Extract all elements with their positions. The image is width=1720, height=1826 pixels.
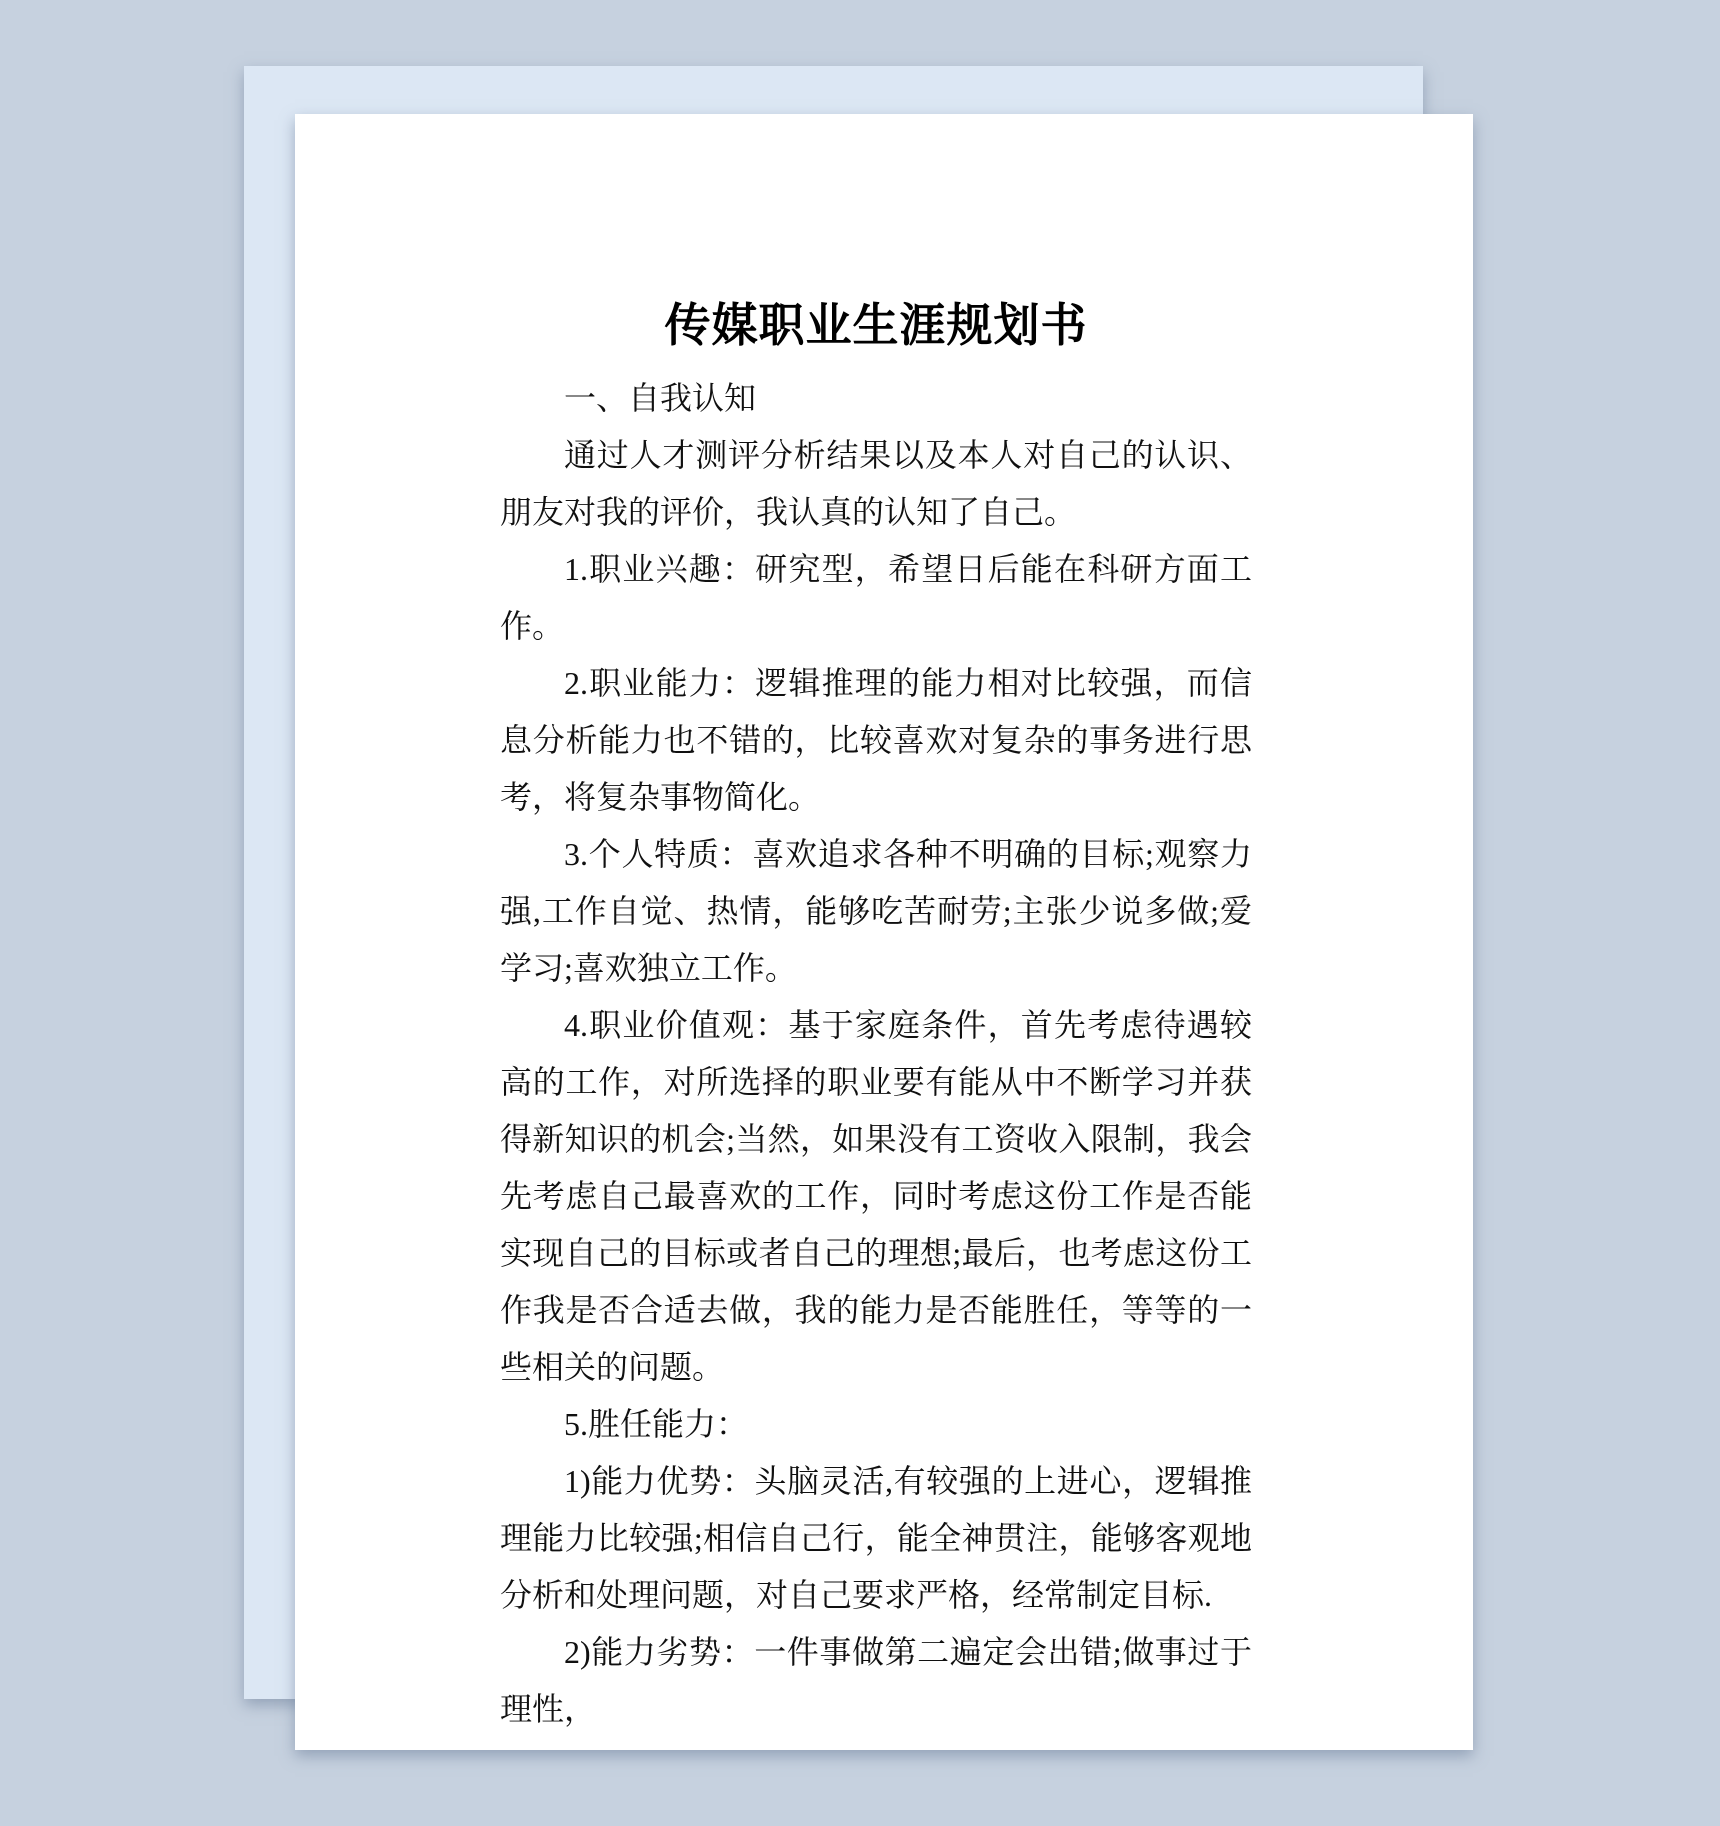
paragraph: 5.胜任能力： <box>500 1396 1252 1453</box>
paragraph: 1.职业兴趣：研究型，希望日后能在科研方面工作。 <box>500 541 1252 655</box>
document-body: 一、自我认知 通过人才测评分析结果以及本人对自己的认识、朋友对我的评价，我认真的… <box>500 370 1252 1738</box>
page-title: 传媒职业生涯规划书 <box>500 290 1252 362</box>
paragraph: 一、自我认知 <box>500 370 1252 427</box>
front-page-sheet: 传媒职业生涯规划书 一、自我认知 通过人才测评分析结果以及本人对自己的认识、朋友… <box>295 114 1473 1750</box>
document-content: 传媒职业生涯规划书 一、自我认知 通过人才测评分析结果以及本人对自己的认识、朋友… <box>295 114 1473 1738</box>
paragraph: 通过人才测评分析结果以及本人对自己的认识、朋友对我的评价，我认真的认知了自己。 <box>500 427 1252 541</box>
document-preview-canvas: { "colors": { "background": "#c6d1df", "… <box>0 0 1720 1826</box>
paragraph: 3.个人特质：喜欢追求各种不明确的目标;观察力强,工作自觉、热情，能够吃苦耐劳;… <box>500 826 1252 997</box>
paragraph: 1)能力优势：头脑灵活,有较强的上进心，逻辑推理能力比较强;相信自己行，能全神贯… <box>500 1453 1252 1624</box>
paragraph: 2.职业能力：逻辑推理的能力相对比较强，而信息分析能力也不错的，比较喜欢对复杂的… <box>500 655 1252 826</box>
paragraph: 2)能力劣势：一件事做第二遍定会出错;做事过于理性， <box>500 1624 1252 1738</box>
paragraph: 4.职业价值观：基于家庭条件，首先考虑待遇较高的工作，对所选择的职业要有能从中不… <box>500 997 1252 1396</box>
